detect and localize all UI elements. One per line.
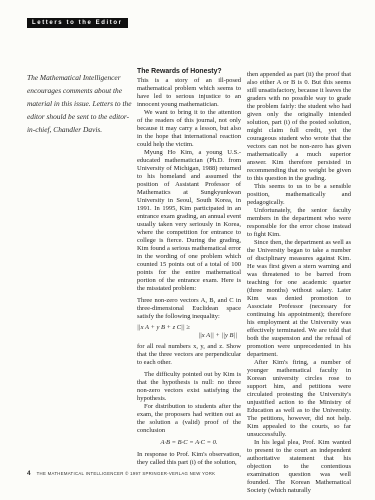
paragraph: In response to Prof. Kim's observation, … [137,451,241,467]
journal-page: Letters to the Editor The Mathematical I… [0,0,375,500]
article-column-1: The Rewards of Honesty? This is a story … [137,67,241,467]
paragraph: After Kim's firing, a number of younger … [247,359,351,439]
editor-note-text: The Mathematical Intelligencer encourage… [27,71,133,136]
footer-imprint: THE MATHEMATICAL INTELLIGENCER © 1997 SP… [37,471,216,476]
paragraph: This is a story of an ill-posed mathemat… [137,77,241,109]
problem-statement-intro: Three non-zero vectors A, B, and C in th… [137,297,241,321]
paragraph: Myung Ho Kim, a young U.S.-educated math… [137,149,241,293]
problem-statement: Three non-zero vectors A, B, and C in th… [137,297,241,367]
inequality-formula-line1: ||x A + y B + z C|| ≥ [137,324,241,332]
section-title: Letters to the Editor [32,20,123,26]
article-column-2: then appended as part (ii) the proof tha… [247,71,351,495]
problem-statement-outro: for all real numbers x, y, and z. Show t… [137,343,241,367]
editor-note: The Mathematical Intelligencer encourage… [27,71,133,136]
paragraph: Unfortunately, the senior faculty member… [247,207,351,239]
paragraph: In his legal plea, Prof. Kim wanted to p… [247,439,351,495]
page-number: 4 [27,470,31,477]
paragraph: This seems to us to be a sensible positi… [247,183,351,207]
article-title: The Rewards of Honesty? [137,67,241,76]
paragraph: Since then, the department as well as th… [247,239,351,359]
inequality-formula: ||x A + y B + z C|| ≥ ||x A|| + ||y B|| [137,324,241,340]
paragraph: The difficulty pointed out by Kim is tha… [137,371,241,403]
inequality-formula-line2: ||x A|| + ||y B|| [137,332,241,340]
section-header-bar: Letters to the Editor [27,18,128,28]
page-footer: 4 THE MATHEMATICAL INTELLIGENCER © 1997 … [27,470,355,477]
paragraph: For distribution to students after the e… [137,403,241,435]
paragraph: then appended as part (ii) the proof tha… [247,71,351,183]
paragraph: We want to bring it to the attention of … [137,109,241,149]
conclusion-formula: A·B = B·C = A·C = 0. [137,439,241,447]
